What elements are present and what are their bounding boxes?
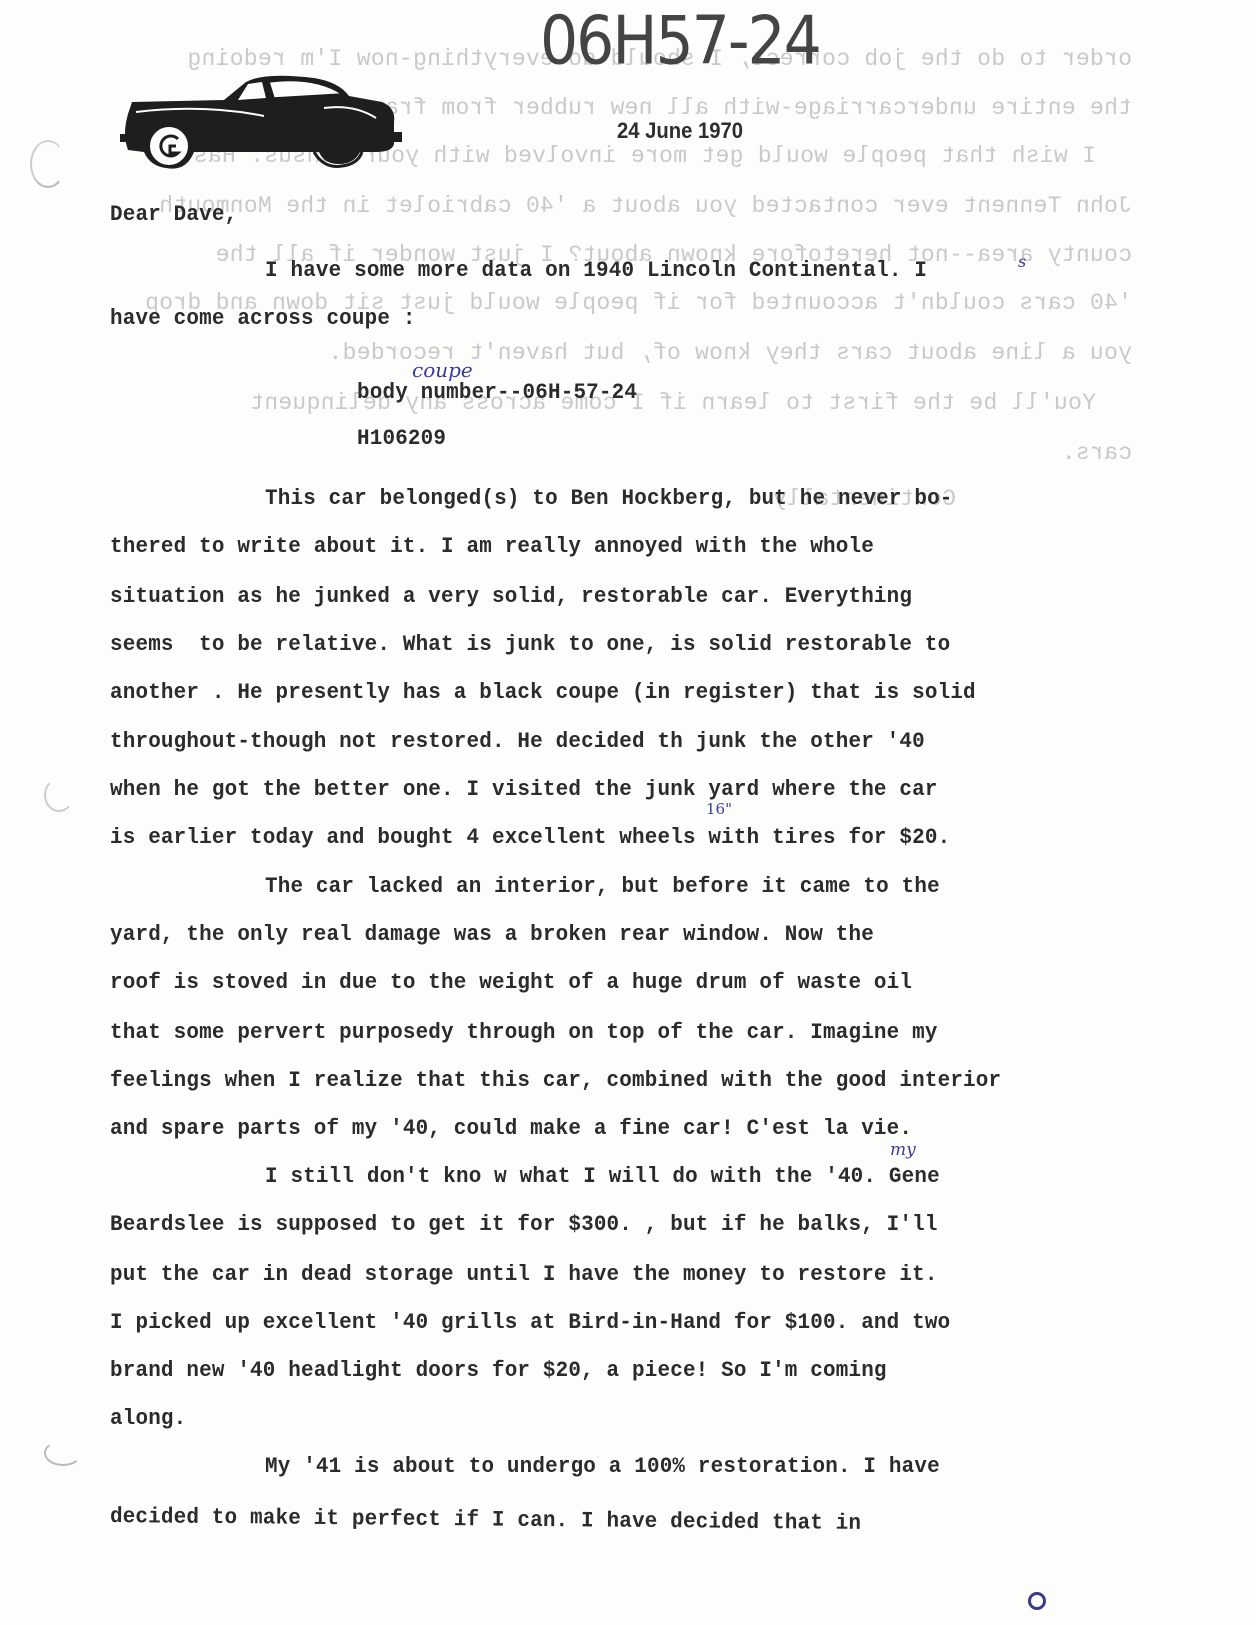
letter-line: Beardslee is supposed to get it for $300…: [110, 1212, 938, 1237]
letter-line: The car lacked an interior, but before i…: [265, 874, 940, 899]
letter-line: roof is stoved in due to the weight of a…: [110, 970, 912, 995]
salutation: Dear Dave,: [110, 202, 237, 227]
letter-line: when he got the better one. I visited th…: [110, 777, 938, 802]
letter-line: situation as he junked a very solid, res…: [110, 584, 912, 609]
letter-line: brand new '40 headlight doors for $20, a…: [110, 1358, 887, 1383]
letter-line: yard, the only real damage was a broken …: [110, 922, 874, 947]
letter-line: I have some more data on 1940 Lincoln Co…: [265, 258, 927, 283]
handwritten-insert-mark: s: [1018, 252, 1026, 271]
bleed-line: cars.: [130, 440, 1132, 466]
letter-line: This car belonged(s) to Ben Hockberg, bu…: [265, 486, 953, 511]
letter-line: put the car in dead storage until I have…: [110, 1262, 938, 1287]
bleed-line: you a line about cars they know of, but …: [130, 340, 1132, 366]
paper-curl-mark: [30, 140, 66, 188]
letter-line: that some pervert purposedy through on t…: [110, 1020, 938, 1045]
handwritten-annotation-coupe: coupe: [412, 358, 473, 382]
pen-mark-icon: [1028, 1592, 1046, 1610]
paper-curl-mark: [44, 1440, 82, 1466]
letter-line: feelings when I realize that this car, c…: [110, 1068, 1001, 1093]
letter-date: 24 June 1970: [617, 118, 743, 144]
letter-line: I still don't kno w what I will do with …: [265, 1164, 940, 1189]
paper-curl-mark: [44, 778, 74, 812]
handwritten-annotation-my: my: [890, 1140, 916, 1160]
scanned-letter-page: order to do the job correct, I should do…: [0, 0, 1256, 1625]
serial-number-line: H106209: [357, 426, 446, 451]
handwritten-body-number: 06H57-24: [540, 2, 820, 80]
bleed-line: John Tennent ever contacted you about a …: [130, 193, 1132, 219]
letter-line: I picked up excellent '40 grills at Bird…: [110, 1310, 950, 1335]
letter-line: have come across coupe :: [110, 306, 416, 331]
letter-line: is earlier today and bought 4 excellent …: [110, 825, 950, 850]
letter-line: My '41 is about to undergo a 100% restor…: [265, 1454, 940, 1479]
lincoln-continental-car-icon: [114, 74, 414, 174]
letter-line: thered to write about it. I am really an…: [110, 534, 874, 559]
letter-line: seems to be relative. What is junk to on…: [110, 632, 950, 657]
letter-line: and spare parts of my '40, could make a …: [110, 1116, 912, 1141]
handwritten-annotation-wheel-size: 16": [706, 800, 732, 818]
letter-line: another . He presently has a black coupe…: [110, 680, 976, 705]
body-number-line: body number--06H-57-24: [357, 380, 637, 405]
letter-line: throughout-though not restored. He decid…: [110, 729, 925, 754]
letter-line: along.: [110, 1406, 186, 1431]
